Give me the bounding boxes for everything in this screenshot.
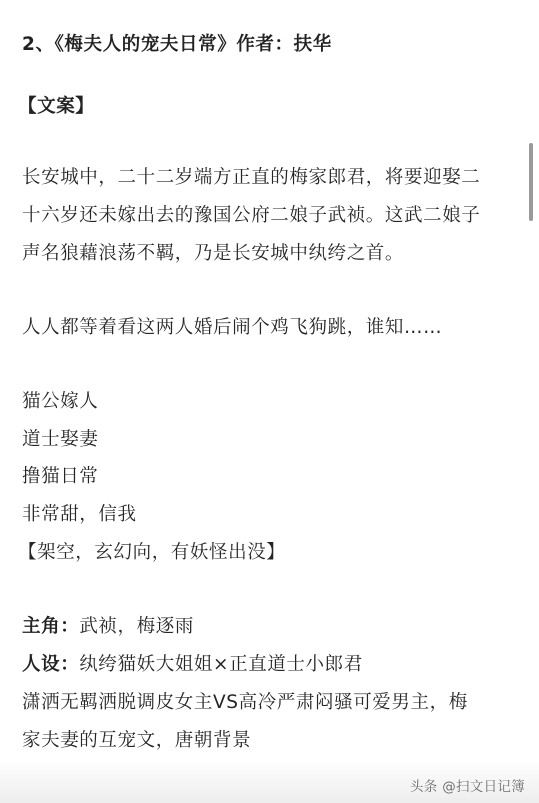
tag-line: 猫公嫁人: [22, 387, 98, 413]
tag-line: 道士娶妻: [22, 425, 98, 451]
protagonists-line: 主角：武祯，梅逐雨: [22, 612, 194, 638]
protagonists-value: 武祯，梅逐雨: [79, 616, 194, 637]
intro-line: 声名狼藉浪荡不羁，乃是长安城中纨绔之首。: [22, 239, 404, 265]
summary-line: 家夫妻的互宠文，唐朝背景: [22, 726, 251, 752]
intro-line: 十六岁还未嫁出去的豫国公府二娘子武祯。这武二娘子: [22, 201, 480, 227]
section-label: 【文案】: [18, 92, 94, 118]
characters-value: 纨绔猫妖大姐姐×正直道士小郎君: [79, 654, 363, 675]
article-title: 2、《梅夫人的宠夫日常》作者：扶华: [22, 30, 332, 56]
protagonists-label: 主角：: [22, 616, 79, 637]
characters-label: 人设：: [22, 654, 79, 675]
intro-line: 长安城中，二十二岁端方正直的梅家郎君，将要迎娶二: [22, 163, 480, 189]
tag-line: 非常甜，信我: [22, 500, 137, 526]
tag-line: 【架空，玄幻向，有妖怪出没】: [18, 538, 285, 564]
tag-line: 撸猫日常: [22, 462, 98, 488]
scrollbar[interactable]: [529, 143, 533, 221]
characters-line: 人设：纨绔猫妖大姐姐×正直道士小郎君: [22, 650, 363, 676]
watermark: 头条 @扫文日记簿: [410, 775, 525, 795]
teaser-text: 人人都等着看这两人婚后闹个鸡飞狗跳，谁知……: [22, 313, 442, 339]
summary-line: 潇洒无羁洒脱调皮女主VS高冷严肃闷骚可爱男主，梅: [22, 688, 468, 714]
